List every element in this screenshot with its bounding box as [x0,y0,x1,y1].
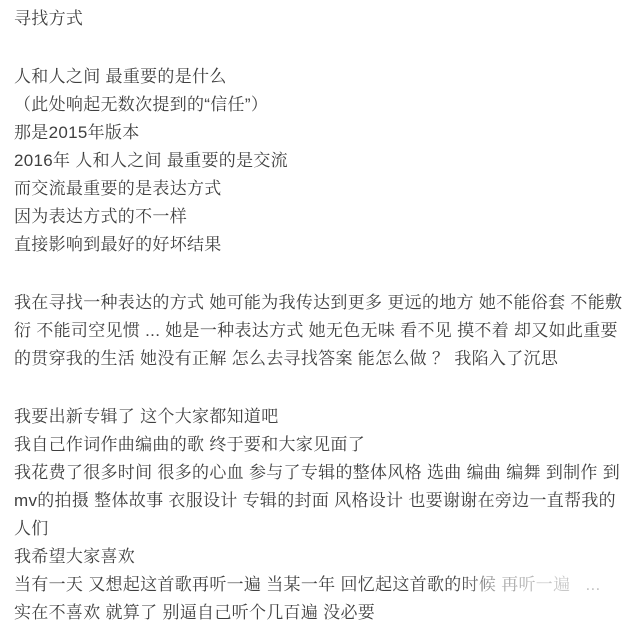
text-line: 那是2015年版本 [14,119,632,147]
paragraph: 我要出新专辑了 这个大家都知道吧我自己作词作曲编曲的歌 终于要和大家见面了我花费… [14,403,632,627]
text-line: 2016年 人和人之间 最重要的是交流 [14,147,632,175]
paragraph: 我在寻找一种表达的方式 她可能为我传达到更多 更远的地方 她不能俗套 不能敷衍 … [14,289,632,373]
text-line: 衍 不能司空见惯 ... 她是一种表达方式 她无色无味 看不见 摸不着 却又如此… [14,317,632,345]
text-line: 当有一天 又想起这首歌再听一遍 当某一年 回忆起这首歌的时候 再听一遍 ... [14,571,632,599]
text-line: 直接影响到最好的好坏结果 [14,231,632,259]
text-line: mv的拍摄 整体故事 衣服设计 专辑的封面 风格设计 也要谢谢在旁边一直帮我的 [14,487,632,515]
text-line: 我要出新专辑了 这个大家都知道吧 [14,403,632,431]
text-line: 而交流最重要的是表达方式 [14,175,632,203]
text-line: 我在寻找一种表达的方式 她可能为我传达到更多 更远的地方 她不能俗套 不能敷 [14,289,632,317]
text-line: 因为表达方式的不一样 [14,203,632,231]
text-line: 我自己作词作曲编曲的歌 终于要和大家见面了 [14,431,632,459]
text-line: （此处响起无数次提到的“信任”） [14,91,632,119]
text-line: 我花费了很多时间 很多的心血 参与了专辑的整体风格 选曲 编曲 编舞 到制作 到 [14,459,632,487]
paragraph: 寻找方式 [14,5,632,33]
text-line: 的贯穿我的生活 她没有正解 怎么去寻找答案 能怎么做 ？ 我陷入了沉思 [14,345,632,373]
text-line: 实在不喜欢 就算了 别逼自己听个几百遍 没必要 [14,599,632,627]
paragraph: 人和人之间 最重要的是什么（此处响起无数次提到的“信任”）那是2015年版本20… [14,63,632,259]
text-line: 人们 [14,515,632,543]
text-line: 我希望大家喜欢 [14,543,632,571]
text-line: 人和人之间 最重要的是什么 [14,63,632,91]
article: 寻找方式人和人之间 最重要的是什么（此处响起无数次提到的“信任”）那是2015年… [0,0,640,627]
page-title: 寻找方式 [14,5,632,33]
